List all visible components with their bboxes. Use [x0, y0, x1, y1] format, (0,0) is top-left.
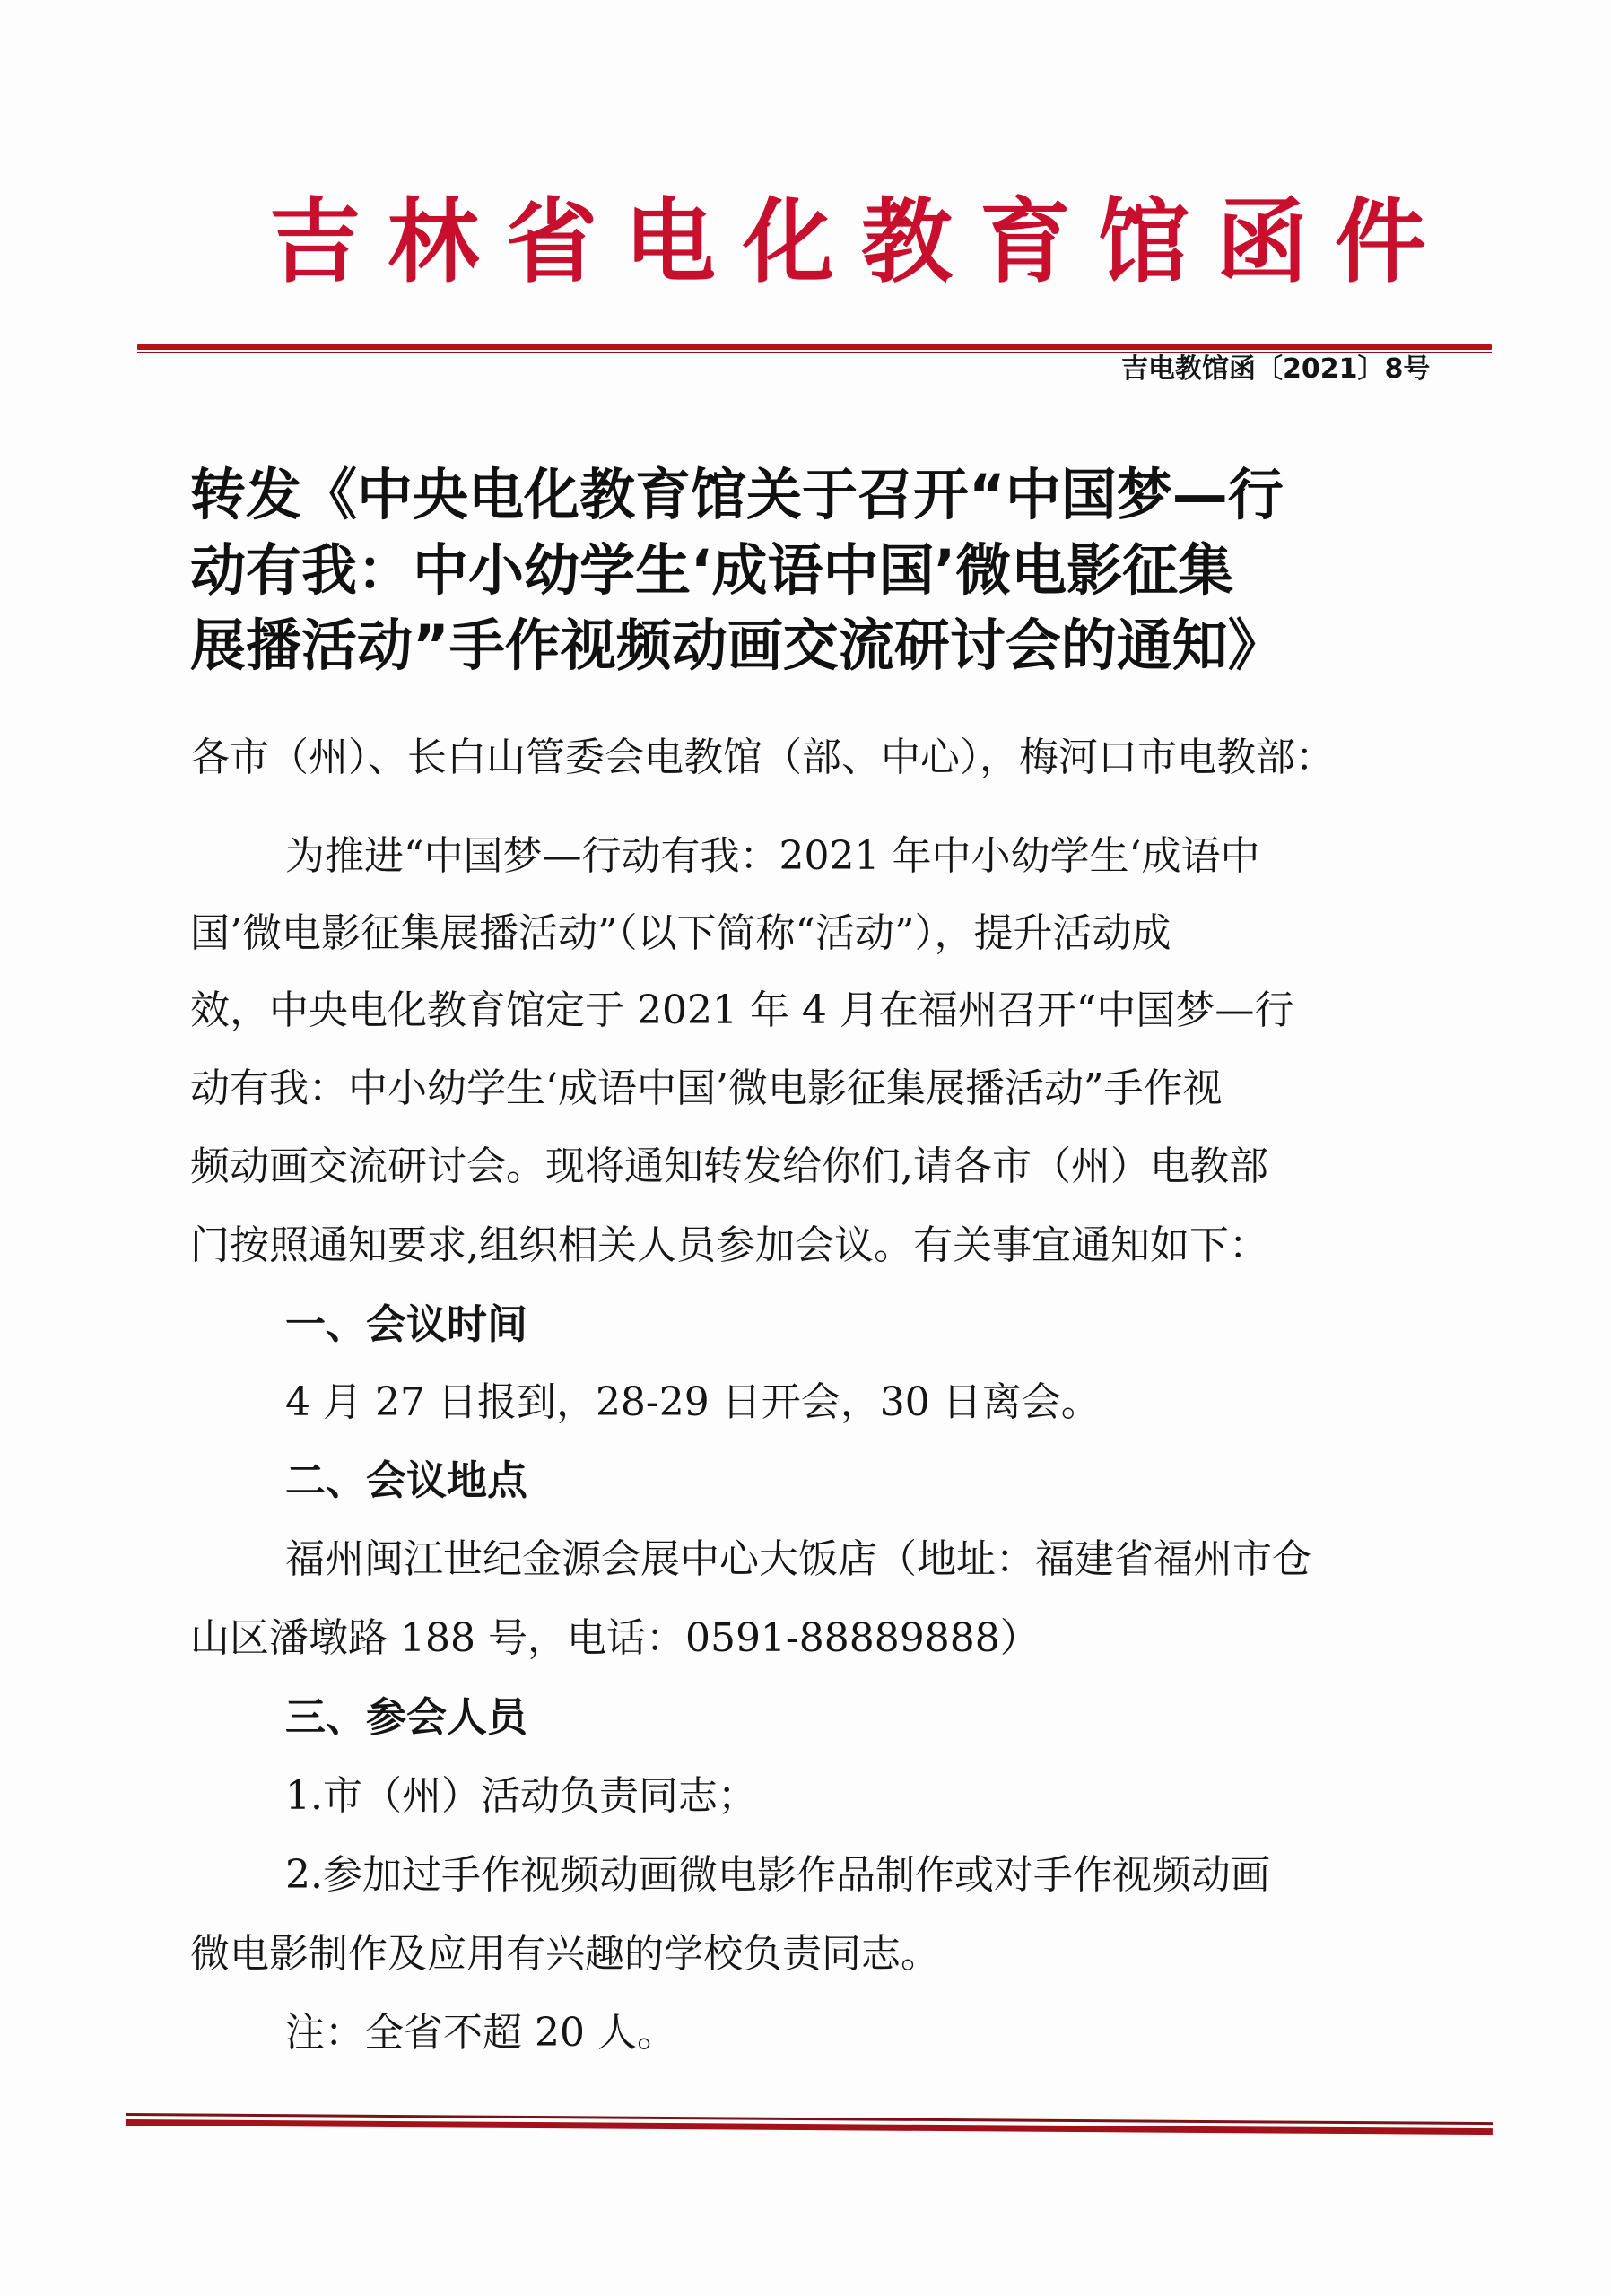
paragraph-line: 动有我：中小幼学生‘成语中国’微电影征集展播活动”手作视: [190, 1056, 1464, 1113]
paragraph-line: 频动画交流研讨会。现将通知转发给你们,请各市（州）电教部: [190, 1134, 1464, 1191]
document-page: 吉林省电化教育馆函件 吉电教馆函〔2021〕8号 转发《中央电化教育馆关于召开“…: [0, 0, 1611, 2296]
section-line: 1.市（州）活动负责同志；: [285, 1763, 1559, 1821]
document-title: 转发《中央电化教育馆关于召开“中国梦—行 动有我：中小幼学生‘成语中国’微电影征…: [190, 457, 1464, 683]
title-line: 动有我：中小幼学生‘成语中国’微电影征集: [190, 533, 1464, 608]
title-line: 转发《中央电化教育馆关于召开“中国梦—行: [190, 457, 1464, 533]
paragraph-line: 为推进“中国梦—行动有我：2021 年中小幼学生‘成语中: [285, 823, 1559, 881]
rule-thick-band: [137, 344, 1492, 350]
section-line: 2.参加过手作视频动画微电影作品制作或对手作视频动画: [285, 1842, 1559, 1900]
title-line: 展播活动”手作视频动画交流研讨会的通知》: [190, 608, 1464, 683]
section-line: 微电影制作及应用有兴趣的学校负责同志。: [190, 1921, 1464, 1979]
section-heading-attendees: 三、参会人员: [285, 1684, 1559, 1743]
paragraph-line: 门按照通知要求,组织相关人员参加会议。有关事宜通知如下：: [190, 1213, 1464, 1270]
section-line: 4 月 27 日报到，28-29 日开会，30 日离会。: [285, 1370, 1559, 1427]
footer-red-rule: [126, 2113, 1493, 2142]
section-note: 注：全省不超 20 人。: [285, 2000, 1559, 2057]
paragraph-line: 国’微电影征集展播活动”（以下简称“活动”），提升活动成: [190, 900, 1464, 958]
section-heading-venue: 二、会议地点: [285, 1448, 1559, 1506]
salutation: 各市（州）、长白山管委会电教馆（部、中心），梅河口市电教部：: [190, 725, 1464, 782]
section-heading-time: 一、会议时间: [285, 1291, 1559, 1350]
letterhead-title: 吉林省电化教育馆函件: [269, 188, 1363, 296]
section-line: 山区潘墩路 188 号，电话：0591-88889888）: [190, 1605, 1464, 1663]
section-line: 福州闽江世纪金源会展中心大饭店（地址：福建省福州市仓: [285, 1526, 1559, 1584]
paragraph-line: 效，中央电化教育馆定于 2021 年 4 月在福州召开“中国梦—行: [190, 978, 1464, 1035]
document-number: 吉电教馆函〔2021〕8号: [1121, 352, 1430, 387]
